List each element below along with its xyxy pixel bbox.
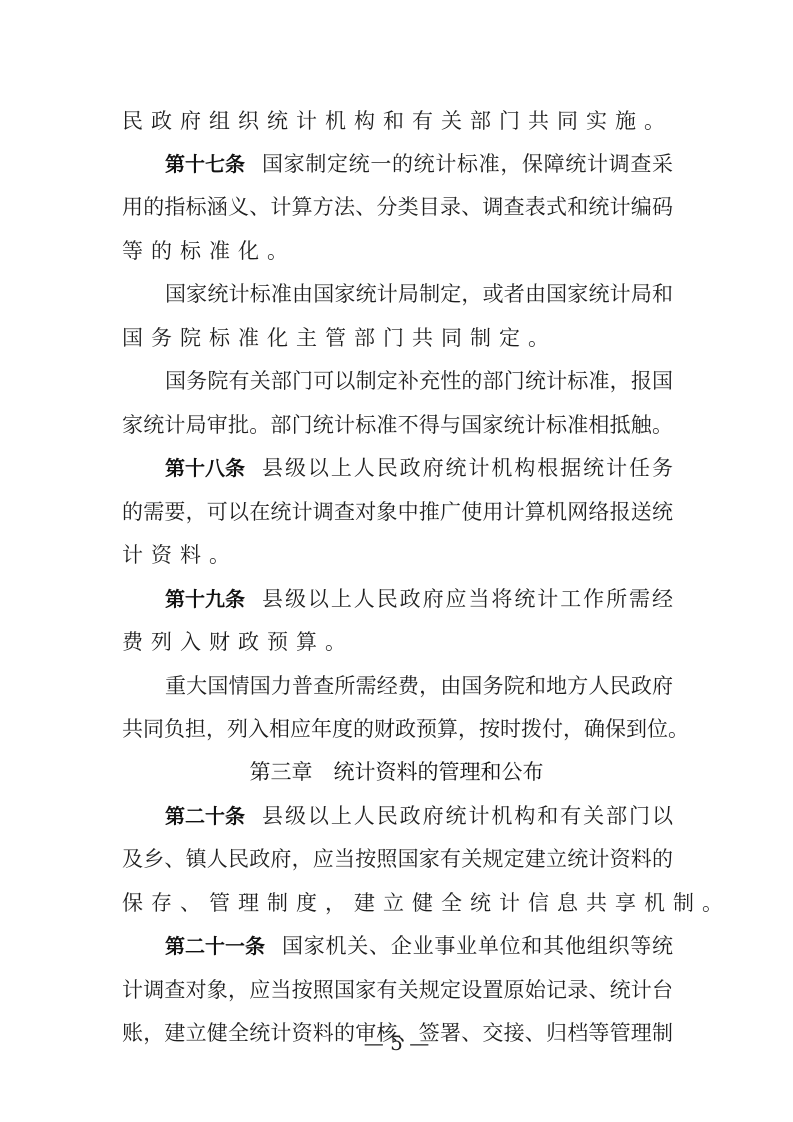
paragraph-line: 用的指标涵义、计算方法、分类目录、调查表式和统计编码 bbox=[122, 192, 673, 222]
article-18-first-line: 第十八条 县级以上人民政府统计机构根据统计任务 bbox=[165, 453, 673, 483]
paragraph-line: 等的标准化。 bbox=[122, 236, 296, 266]
article-label: 第二十一条 bbox=[165, 931, 265, 961]
document-page: 民政府组织统计机构和有关部门共同实施。 第十七条 国家制定统一的统计标准，保障统… bbox=[0, 0, 793, 1122]
chapter-title: 统计资料的管理和公布 bbox=[334, 760, 544, 784]
article-21-first-line: 第二十一条 国家机关、企业事业单位和其他组织等统 bbox=[165, 931, 673, 961]
article-text: 县级以上人民政府统计机构根据统计任务 bbox=[262, 453, 673, 483]
paragraph-line: 国务院标准化主管部门共同制定。 bbox=[122, 323, 557, 353]
article-text: 国家制定统一的统计标准，保障统计调查采 bbox=[262, 149, 673, 179]
article-label: 第十九条 bbox=[165, 584, 245, 614]
paragraph-line: 保存、管理制度，建立健全统计信息共享机制。 bbox=[122, 888, 731, 918]
paragraph-line: 费列入财政预算。 bbox=[122, 627, 354, 657]
article-label: 第二十条 bbox=[165, 801, 245, 831]
paragraph-line: 计资料。 bbox=[122, 540, 238, 570]
article-label: 第十八条 bbox=[165, 453, 245, 483]
paragraph-line: 国务院有关部门可以制定补充性的部门统计标准，报国 bbox=[165, 366, 673, 396]
paragraph-line: 及乡、镇人民政府，应当按照国家有关规定建立统计资料的 bbox=[122, 844, 673, 874]
paragraph-line: 重大国情国力普查所需经费，由国务院和地方人民政府 bbox=[165, 671, 673, 701]
chapter-heading: 第三章统计资料的管理和公布 bbox=[0, 757, 793, 787]
article-text: 国家机关、企业事业单位和其他组织等统 bbox=[282, 931, 673, 961]
paragraph-line: 共同负担，列入相应年度的财政预算，按时拨付，确保到位。 bbox=[122, 714, 673, 744]
article-17-first-line: 第十七条 国家制定统一的统计标准，保障统计调查采 bbox=[165, 149, 673, 179]
chapter-number: 第三章 bbox=[250, 760, 313, 784]
paragraph-line: 民政府组织统计机构和有关部门共同实施。 bbox=[122, 106, 673, 136]
article-label: 第十七条 bbox=[165, 149, 245, 179]
paragraph-line: 的需要，可以在统计调查对象中推广使用计算机网络报送统 bbox=[122, 497, 673, 527]
article-text: 县级以上人民政府统计机构和有关部门以 bbox=[262, 801, 673, 831]
page-number: — 5 — bbox=[0, 1029, 793, 1057]
article-20-first-line: 第二十条 县级以上人民政府统计机构和有关部门以 bbox=[165, 801, 673, 831]
article-19-first-line: 第十九条 县级以上人民政府应当将统计工作所需经 bbox=[165, 584, 673, 614]
paragraph-line: 计调查对象，应当按照国家有关规定设置原始记录、统计台 bbox=[122, 975, 673, 1005]
article-text: 县级以上人民政府应当将统计工作所需经 bbox=[262, 584, 673, 614]
paragraph-line: 国家统计标准由国家统计局制定，或者由国家统计局和 bbox=[165, 279, 673, 309]
paragraph-line: 家统计局审批。部门统计标准不得与国家统计标准相抵触。 bbox=[122, 410, 673, 440]
